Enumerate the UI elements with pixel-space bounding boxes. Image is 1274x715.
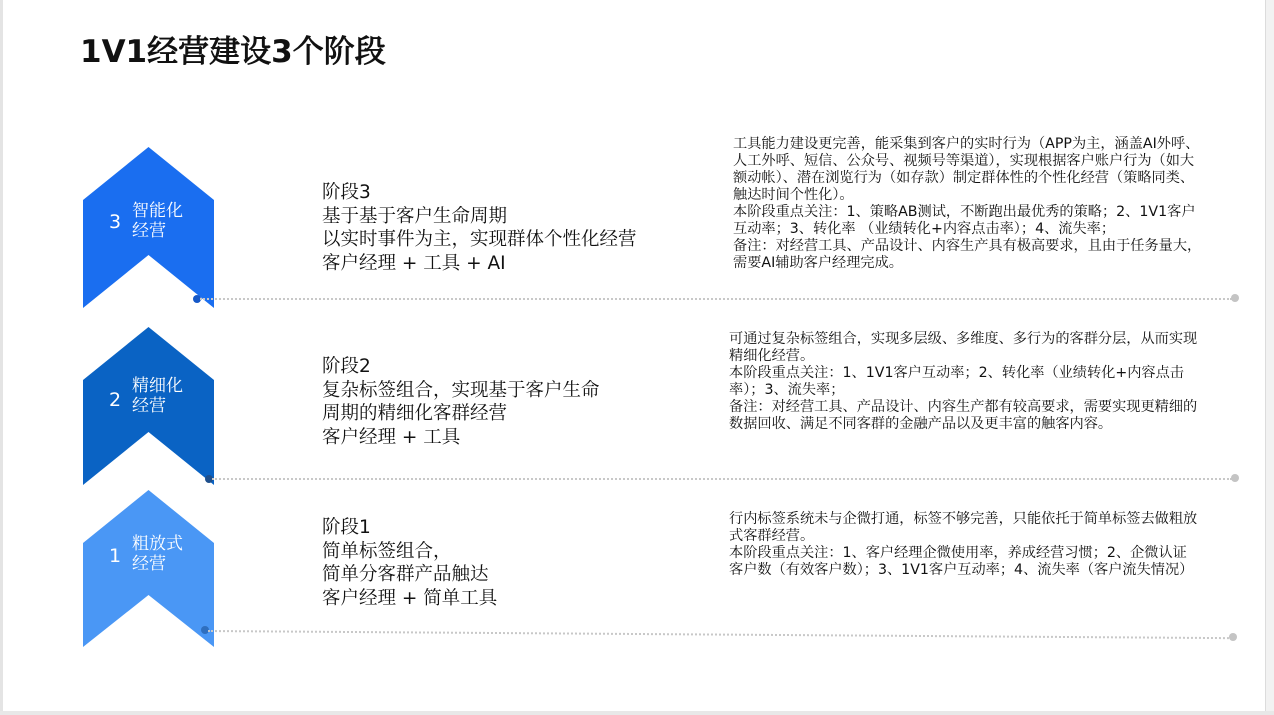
stage-3-summary: 阶段3 基于基于客户生命周期 以实时事件为主，实现群体个性化经营 客户经理 + …: [322, 181, 637, 275]
stage-number: 1: [109, 545, 121, 567]
stage-label-line2: 经营: [132, 396, 202, 416]
stage-number: 2: [109, 389, 121, 411]
stage-heading: 阶段3: [322, 181, 637, 205]
stage-label: 粗放式 经营: [132, 534, 202, 574]
summary-line: 复杂标签组合，实现基于客户生命: [322, 379, 600, 403]
description-paragraph: 行内标签系统未与企微打通，标签不够完善，只能依托于简单标签去做粗放式客群经营。: [729, 511, 1199, 545]
stage-label-line2: 经营: [132, 221, 202, 241]
description-paragraph: 可通过复杂标签组合，实现多层级、多维度、多行为的客群分层，从而实现精细化经营。: [729, 331, 1199, 365]
stage-2-summary: 阶段2 复杂标签组合，实现基于客户生命 周期的精细化客群经营 客户经理 + 工具: [322, 355, 600, 449]
stage-1-description: 行内标签系统未与企微打通，标签不够完善，只能依托于简单标签去做粗放式客群经营。 …: [729, 511, 1199, 579]
stage-label-line1: 智能化: [132, 201, 202, 221]
summary-line: 简单分客群产品触达: [322, 563, 497, 587]
stage-label-line2: 经营: [132, 554, 202, 574]
description-paragraph: 本阶段重点关注：1、1V1客户互动率；2、转化率（业绩转化+内容点击率）；3、流…: [729, 365, 1199, 399]
description-paragraph: 本阶段重点关注：1、策略AB测试，不断跑出最优秀的策略；2、1V1客户互动率；3…: [733, 204, 1203, 238]
summary-line: 周期的精细化客群经营: [322, 402, 600, 426]
page-title: 1V1经营建设3个阶段: [80, 26, 386, 71]
summary-line: 客户经理 + 简单工具: [322, 587, 497, 611]
stage-label: 精细化 经营: [132, 376, 202, 416]
description-paragraph: 工具能力建设更完善，能采集到客户的实时行为（APP为主，涵盖AI外呼、人工外呼、…: [733, 136, 1203, 204]
slide-left-border: [0, 0, 3, 715]
connector-end-dot: [1231, 294, 1239, 302]
stage-3-description: 工具能力建设更完善，能采集到客户的实时行为（APP为主，涵盖AI外呼、人工外呼、…: [733, 136, 1203, 272]
connector-end-dot: [1229, 633, 1237, 641]
stage-3-chevron: 3 智能化 经营: [83, 147, 214, 308]
stage-2-description: 可通过复杂标签组合，实现多层级、多维度、多行为的客群分层，从而实现精细化经营。 …: [729, 331, 1199, 433]
stage-3-divider-line: [200, 298, 1232, 300]
stage-2-chevron: 2 精细化 经营: [83, 327, 214, 488]
stage-number: 3: [109, 211, 121, 233]
summary-line: 客户经理 + 工具 + AI: [322, 252, 637, 276]
summary-line: 客户经理 + 工具: [322, 426, 600, 450]
slide-right-border: [1265, 0, 1274, 715]
stage-heading: 阶段1: [322, 516, 497, 540]
connector-end-dot: [1231, 474, 1239, 482]
summary-line: 简单标签组合，: [322, 540, 497, 564]
summary-line: 以实时事件为主，实现群体个性化经营: [322, 228, 637, 252]
description-paragraph: 本阶段重点关注：1、客户经理企微使用率，养成经营习惯；2、企微认证客户数（有效客…: [729, 545, 1199, 579]
description-paragraph: 备注：对经营工具、产品设计、内容生产都有较高要求，需要实现更精细的数据回收、满足…: [729, 399, 1199, 433]
stage-label: 智能化 经营: [132, 201, 202, 241]
stage-2-divider-line: [212, 478, 1232, 480]
stage-1-chevron: 1 粗放式 经营: [83, 490, 214, 651]
summary-line: 基于基于客户生命周期: [322, 205, 637, 229]
stage-label-line1: 粗放式: [132, 534, 202, 554]
stage-label-line1: 精细化: [132, 376, 202, 396]
stage-heading: 阶段2: [322, 355, 600, 379]
slide-bottom-border: [0, 711, 1274, 715]
stage-1-summary: 阶段1 简单标签组合， 简单分客群产品触达 客户经理 + 简单工具: [322, 516, 497, 610]
description-paragraph: 备注：对经营工具、产品设计、内容生产具有极高要求，且由于任务量大，需要AI辅助客…: [733, 238, 1203, 272]
stage-1-divider-line: [208, 630, 1232, 639]
